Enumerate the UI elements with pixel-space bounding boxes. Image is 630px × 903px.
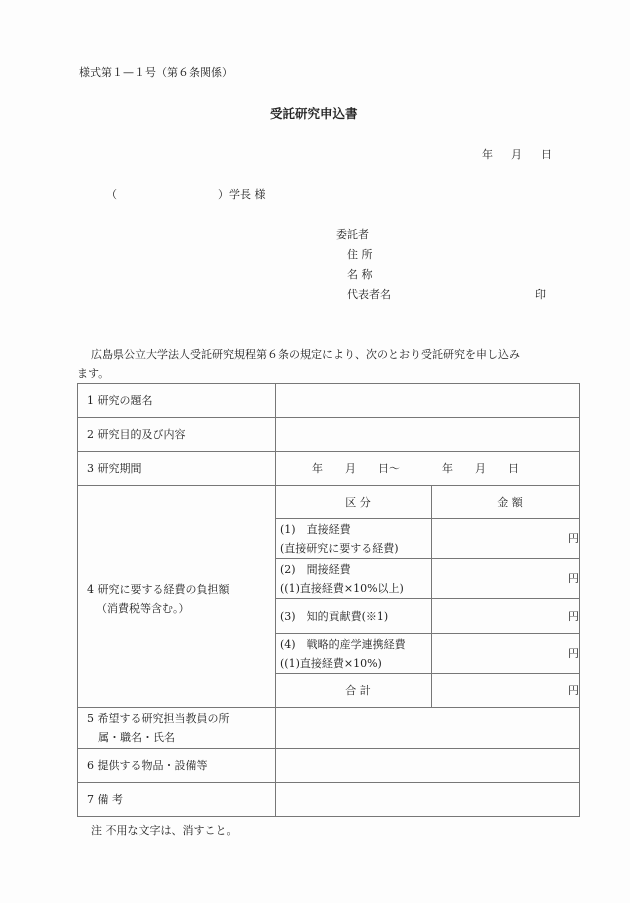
label-research-title: 1 研究の題名 — [78, 384, 276, 418]
client-name-label: 名 称 — [347, 266, 373, 282]
period-to: 年 月 日 — [442, 462, 519, 475]
field-research-title[interactable] — [276, 384, 580, 418]
period-from: 年 月 日～ — [312, 462, 400, 475]
category-indirect-cost: (2) 間接経費 ((1)直接経費×10%以上) — [276, 559, 432, 599]
faculty-label-line1: 5 希望する研究担当教員の所 — [87, 709, 275, 728]
row-research-period: 3 研究期間 年 月 日～年 月 日 — [78, 452, 580, 486]
client-address-label: 住 所 — [347, 246, 373, 262]
cost-label-line2: （消費税等含む。） — [87, 599, 275, 618]
row-research-purpose: 2 研究目的及び内容 — [78, 418, 580, 452]
amount-strategic-cost[interactable]: 円 — [432, 634, 580, 674]
header-category: 区 分 — [276, 486, 432, 519]
date-year: 年 — [482, 146, 493, 162]
row-faculty: 5 希望する研究担当教員の所 属・職名・氏名 — [78, 708, 580, 749]
row-research-title: 1 研究の題名 — [78, 384, 580, 418]
date-month: 月 — [511, 146, 522, 162]
label-equipment: 6 提供する物品・設備等 — [78, 749, 276, 783]
amount-indirect-cost[interactable]: 円 — [432, 559, 580, 599]
label-research-period: 3 研究期間 — [78, 452, 276, 486]
direct-cost-line1: (1) 直接経費 — [280, 520, 431, 539]
intro-line1: 広島県公立大学法人受託研究規程第６条の規定により、次のとおり受託研究を申し込み — [91, 346, 520, 362]
indirect-cost-line2: ((1)直接経費×10%以上) — [280, 579, 431, 598]
field-faculty[interactable] — [276, 708, 580, 749]
header-amount: 金 額 — [432, 486, 580, 519]
document-title: 受託研究申込書 — [270, 104, 358, 122]
application-table: 1 研究の題名 2 研究目的及び内容 3 研究期間 年 月 日～年 月 日 4 … — [77, 383, 580, 817]
row-cost-header: 4 研究に要する経費の負担額 （消費税等含む。） 区 分 金 額 — [78, 486, 580, 519]
total-label: 合 計 — [276, 674, 432, 708]
date-day: 日 — [541, 146, 552, 162]
addressee-close: ）学長 様 — [218, 186, 266, 202]
category-intellectual-fee: (3) 知的貢献費(※1) — [276, 599, 432, 634]
field-research-purpose[interactable] — [276, 418, 580, 452]
cost-label-line1: 4 研究に要する経費の負担額 — [87, 580, 275, 599]
amount-intellectual-fee[interactable]: 円 — [432, 599, 580, 634]
category-direct-cost: (1) 直接経費 (直接研究に要する経費) — [276, 519, 432, 559]
amount-total[interactable]: 円 — [432, 674, 580, 708]
seal-mark: 印 — [535, 286, 546, 302]
label-remarks: 7 備 考 — [78, 783, 276, 817]
row-remarks: 7 備 考 — [78, 783, 580, 817]
strategic-cost-line2: ((1)直接経費×10%) — [280, 654, 431, 673]
direct-cost-line2: (直接研究に要する経費) — [280, 539, 431, 558]
form-number: 様式第１—１号（第６条関係） — [79, 64, 233, 80]
client-representative-label: 代表者名 — [347, 286, 391, 302]
label-research-purpose: 2 研究目的及び内容 — [78, 418, 276, 452]
label-faculty: 5 希望する研究担当教員の所 属・職名・氏名 — [78, 708, 276, 749]
addressee-open: （ — [106, 186, 117, 202]
field-equipment[interactable] — [276, 749, 580, 783]
field-remarks[interactable] — [276, 783, 580, 817]
indirect-cost-line1: (2) 間接経費 — [280, 560, 431, 579]
faculty-label-line2: 属・職名・氏名 — [87, 728, 275, 747]
row-equipment: 6 提供する物品・設備等 — [78, 749, 580, 783]
intro-line2: ます。 — [77, 365, 109, 381]
footnote: 注 不用な文字は、消すこと。 — [91, 822, 238, 838]
client-label: 委託者 — [336, 226, 369, 242]
strategic-cost-line1: (4) 戦略的産学連携経費 — [280, 635, 431, 654]
amount-direct-cost[interactable]: 円 — [432, 519, 580, 559]
field-research-period[interactable]: 年 月 日～年 月 日 — [276, 452, 580, 486]
category-strategic-cost: (4) 戦略的産学連携経費 ((1)直接経費×10%) — [276, 634, 432, 674]
label-cost-burden: 4 研究に要する経費の負担額 （消費税等含む。） — [78, 486, 276, 708]
